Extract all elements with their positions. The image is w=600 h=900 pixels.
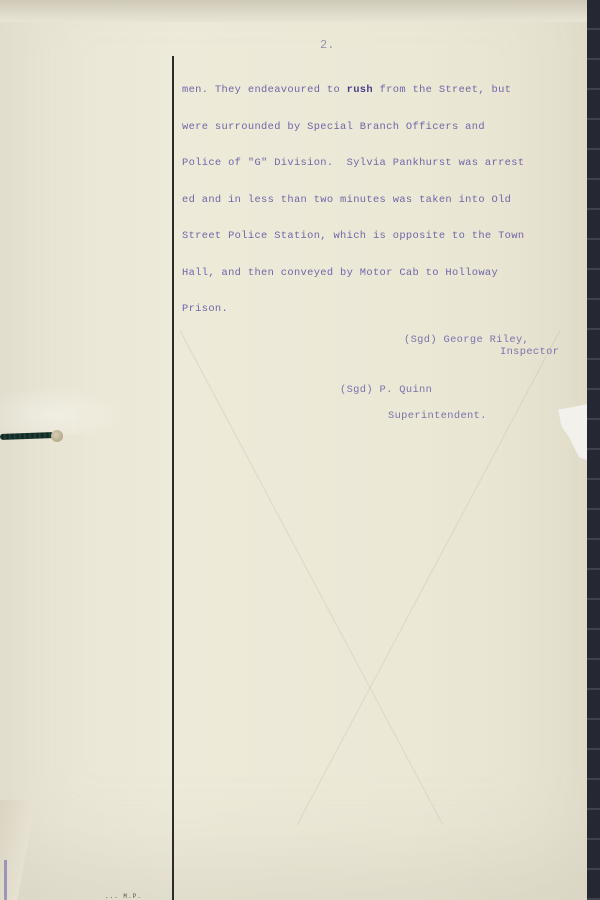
signature-inspector-name: (Sgd) George Riley, — [404, 334, 529, 346]
paper-crease — [0, 385, 130, 435]
signature-superintendent-name: (Sgd) P. Quinn — [340, 384, 432, 396]
text-line: men. They endeavoured to rush from the S… — [182, 72, 582, 109]
text-line: Hall, and then conveyed by Motor Cab to … — [182, 255, 582, 292]
fold-crease — [297, 330, 561, 825]
page-top-edge — [0, 0, 587, 22]
typed-body-text: men. They endeavoured to rush from the S… — [182, 72, 582, 328]
text-line: Police of "G" Division. Sylvia Pankhurst… — [182, 145, 582, 182]
document-page: 2. men. They endeavoured to rush from th… — [0, 0, 587, 900]
text-line: Street Police Station, which is opposite… — [182, 218, 582, 255]
text-line: were surrounded by Special Branch Office… — [182, 109, 582, 146]
signature-inspector-title: Inspector — [500, 346, 559, 358]
printer-imprint: ... M.P. — [105, 893, 142, 900]
page-number: 2. — [320, 38, 334, 52]
text-line: ed and in less than two minutes was take… — [182, 182, 582, 219]
text-line: Prison. — [182, 291, 582, 328]
punch-hole — [51, 430, 63, 442]
underlying-page-mark — [4, 860, 7, 900]
binding-string — [0, 432, 54, 440]
fold-crease — [180, 330, 444, 825]
margin-rule-line — [172, 56, 174, 900]
emphasized-word: rush — [347, 84, 373, 96]
torn-paper-edge — [555, 404, 587, 460]
signature-superintendent-title: Superintendent. — [388, 410, 487, 422]
